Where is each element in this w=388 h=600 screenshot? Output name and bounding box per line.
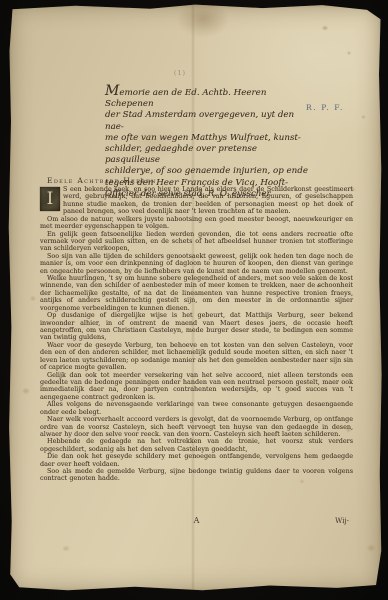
catchword: Wij- — [335, 517, 349, 525]
paragraph: Welke huurlingen, 't sy om hunne sobere … — [40, 275, 353, 312]
paragraph: Gelijk dan ook tot meerder versekering v… — [40, 372, 353, 402]
salutation: Edele Achtbare Heeren. — [47, 176, 160, 185]
drop-cap-ornament: I — [40, 187, 60, 211]
signature-mark: A — [40, 516, 353, 525]
paragraph: Op dusdanige of diergelijke wijse is het… — [40, 312, 353, 342]
paragraph: Die dan ook het geseyde schildery met ge… — [40, 453, 353, 468]
paragraph: Waer voor de geseyde Verburg, ten behoev… — [40, 342, 353, 372]
paper-page: (1) R. P. F. Memorie aen de Ed. Achtb. H… — [8, 4, 382, 592]
paragraph: Hebbende de gedaegde na het voltrekken v… — [40, 438, 353, 453]
body-text: IS een bekende saek, en soo hier te Land… — [40, 186, 353, 483]
paragraph: Soo als mede de gemelde Verburg, sijne b… — [40, 468, 353, 483]
paragraph-text: S een bekende saek, en soo hier te Lande… — [63, 185, 353, 215]
heading-line: Memorie aen de Ed. Achtb. Heeren Schepen… — [105, 86, 313, 110]
heading-swash-initial: M — [105, 83, 119, 99]
heading-line: schilder, gedaeghde over pretense pasqui… — [105, 144, 313, 166]
paragraph: Om alsoo de natuur, welkers juyste naboo… — [40, 216, 353, 231]
paragraph: Soo sijn van alle tijden de schilders ge… — [40, 253, 353, 275]
paragraph: Naer welk voorverhaelt accoord verders i… — [40, 416, 353, 438]
paragraph: IS een bekende saek, en soo hier te Land… — [40, 186, 353, 216]
page-number: (1) — [158, 69, 202, 77]
heading-line-text: emorie aen de Ed. Achtb. Heeren Schepene… — [105, 88, 266, 109]
paragraph: En gelijk geen fatsoenelijke lieden werd… — [40, 231, 353, 253]
paragraph: Alles volgens de nevensgaende verklaring… — [40, 401, 353, 416]
heading-line: me ofte van wegen Matthys Wulfraet, kuns… — [105, 133, 313, 144]
heading-line: der Stad Amsterdam overgegeven, uyt den … — [105, 110, 313, 132]
signature-row: A Wij- — [40, 516, 353, 528]
